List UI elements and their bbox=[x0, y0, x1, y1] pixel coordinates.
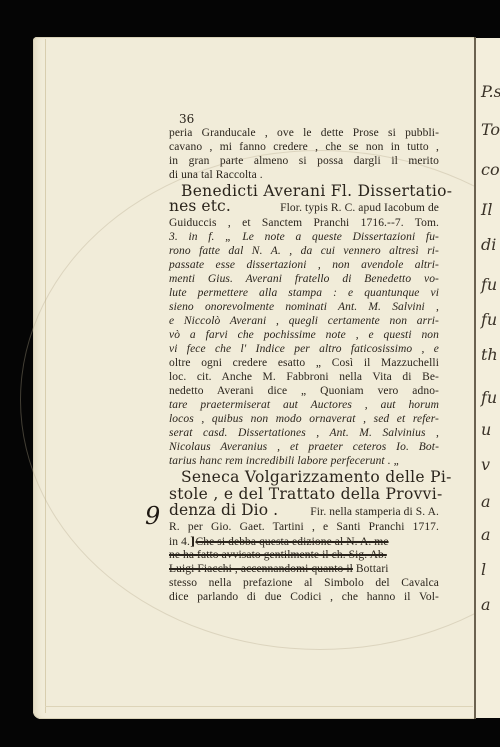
text-line: di una tal Raccolta . bbox=[169, 168, 439, 182]
right-page bbox=[476, 38, 500, 718]
struck-text: Che si debba questa edizione al N. A. me bbox=[196, 536, 389, 548]
text-line: R. per Gio. Gaet. Tartini , e Santi Pran… bbox=[169, 520, 439, 534]
text-line: dice parlando di due Codici , che hanno … bbox=[169, 590, 439, 604]
text-line: passate esse dissertazioni , non avendol… bbox=[169, 258, 439, 272]
text-line: loc. cit. Anche M. Fabbroni nella Vita d… bbox=[169, 370, 439, 384]
handwritten-fragment: P.s bbox=[481, 82, 500, 101]
scan-stage: P.s To co Il di fu fu th fu u v a a l a … bbox=[0, 0, 500, 747]
text-line: 3. in f. „ Le note a queste Dissertazion… bbox=[169, 230, 439, 244]
page-number: 36 bbox=[179, 112, 194, 126]
text-line: in gran parte almeno si possa dargli il … bbox=[169, 154, 439, 168]
margin-annotation: 9 bbox=[145, 502, 160, 530]
text-line: cavano , mi fanno credere , che se non i… bbox=[169, 140, 439, 154]
text-line: vi fece che l' Indice per altro faticosi… bbox=[169, 342, 439, 356]
handwritten-fragment: a bbox=[481, 492, 491, 511]
struck-text: Luigi Fiacchi , accennandomi quanto il bbox=[169, 563, 353, 575]
text-line: e Niccolò Averani , quegli certamente no… bbox=[169, 314, 439, 328]
handwritten-fragment: co bbox=[481, 160, 500, 179]
entry-heading-line2: nes etc. Flor. typis R. C. apud Iacobum … bbox=[169, 199, 439, 215]
page-bottom-edge-line bbox=[45, 706, 473, 707]
text-line: sieno onorevolmente nominati Ant. M. Sal… bbox=[169, 300, 439, 314]
entry-heading: Seneca Volgarizzamento delle Pi- bbox=[181, 468, 452, 486]
text-line: tarius hanc rem incredibili labore perfe… bbox=[169, 454, 439, 468]
text-line: oltre ogni credere esatto „ Così il Mazz… bbox=[169, 356, 439, 370]
text-tail: Bottari bbox=[356, 563, 389, 575]
imprint-text: Flor. typis R. C. apud Iacobum de bbox=[280, 201, 439, 215]
handwritten-fragment: fu bbox=[481, 388, 497, 407]
entry-heading-cont: nes etc. bbox=[169, 199, 231, 213]
handwritten-fragment: v bbox=[481, 455, 490, 474]
handwritten-fragment: u bbox=[481, 420, 491, 439]
struck-text: ne ha fatto avvisato gentilmente il ch. … bbox=[169, 548, 439, 562]
page-edge-line bbox=[45, 39, 46, 713]
text-line: stesso nella prefazione al Simbolo del C… bbox=[169, 576, 439, 590]
entry-heading-line3: denza di Dio . Fir. nella stamperia di S… bbox=[169, 503, 439, 519]
text-line: tare praetermiserat aut Auctores , aut h… bbox=[169, 398, 439, 412]
handwritten-fragment: a bbox=[481, 595, 491, 614]
format-text: in 4. bbox=[169, 536, 190, 548]
text-line: Guiduccis , et Sanctem Pranchi 1716.--7.… bbox=[169, 216, 439, 230]
handwritten-fragment: fu bbox=[481, 310, 497, 329]
handwritten-fragment: Il bbox=[481, 200, 492, 219]
handwritten-fragment: th bbox=[481, 345, 498, 364]
text-line: peria Granducale , ove le dette Prose si… bbox=[169, 126, 439, 140]
text-line-struck: Luigi Fiacchi , accennandomi quanto il B… bbox=[169, 562, 439, 576]
text-line: Nicolaus Averanius , et praeter ceteros … bbox=[169, 440, 439, 454]
handwritten-fragment: fu bbox=[481, 275, 497, 294]
text-line: vò a farvi che pochissime note , e quest… bbox=[169, 328, 439, 342]
imprint-text: Fir. nella stamperia di S. A. bbox=[310, 505, 439, 519]
handwritten-fragment: To bbox=[481, 120, 500, 139]
text-line: lute permettere alla stampa : e quantunq… bbox=[169, 286, 439, 300]
text-line-struck: in 4.]Che si debba questa edizione al N.… bbox=[169, 534, 439, 549]
handwritten-fragment: l bbox=[481, 560, 486, 579]
text-line: locos , quibus non modo ornaverat , sed … bbox=[169, 412, 439, 426]
text-line: menti Gius. Averani fratello di Benedett… bbox=[169, 272, 439, 286]
handwritten-fragment: a bbox=[481, 525, 491, 544]
text-line: rono fatte dal N. A. , da cui vennero al… bbox=[169, 244, 439, 258]
text-line: serat casd. Dissertationes , Ant. M. Sal… bbox=[169, 426, 439, 440]
entry-heading-cont: denza di Dio . bbox=[169, 503, 278, 517]
text-line: nedetto Averani dice „ Quoniam vero adno… bbox=[169, 384, 439, 398]
handwritten-fragment: di bbox=[481, 235, 496, 254]
